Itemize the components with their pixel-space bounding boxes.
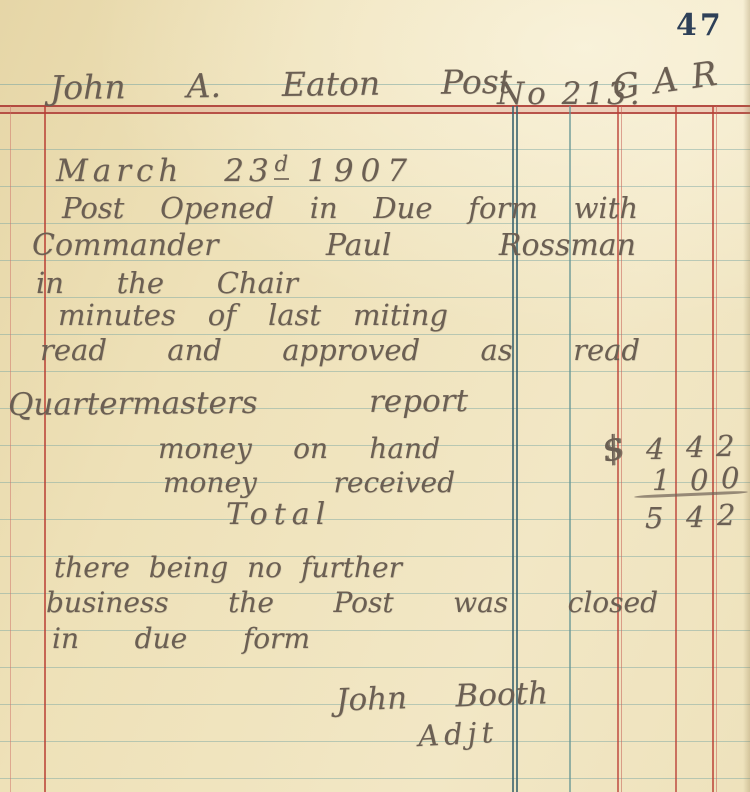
header-org-initials: GAR xyxy=(610,52,734,108)
amount-digit: 2 xyxy=(716,429,734,463)
minutes-line: minutes of last miting xyxy=(58,298,448,332)
minutes-line: Commander Paul Rossman xyxy=(32,228,636,263)
page-number: 47 xyxy=(676,8,724,43)
signature-name: John Booth xyxy=(335,675,548,719)
amount-digit: 4 xyxy=(646,432,664,466)
left-margin-line-inner xyxy=(44,106,46,792)
quartermaster-heading: Quartermasters report xyxy=(8,383,468,424)
amount-digit: 0 xyxy=(721,461,739,495)
amount-digit: 4 xyxy=(686,430,704,464)
entry-date-ordinal: d xyxy=(274,152,289,180)
amount-digit: 1 xyxy=(652,463,670,497)
amount-digit: 5 xyxy=(645,501,663,535)
ledger-page: 47 John A. Eaton Post No 213. GAR March … xyxy=(0,0,750,792)
minutes-line: read and approved as read xyxy=(40,333,640,367)
closing-line: there being no further xyxy=(54,551,402,584)
entry-date: March 23d1907 xyxy=(56,153,414,190)
entry-date-year: 1907 xyxy=(307,153,414,189)
minutes-line: in the Chair xyxy=(36,266,298,300)
left-margin-line-outer xyxy=(10,106,11,792)
qm-row-label: money received xyxy=(163,466,455,499)
closing-line: business the Post was closed xyxy=(46,586,658,619)
right-column-line-a xyxy=(712,106,714,792)
minutes-line: Post Opened in Due form with xyxy=(62,191,638,225)
amount-digit: 4 xyxy=(686,500,704,534)
qm-row-label: money on hand xyxy=(158,432,440,465)
cents-column-line xyxy=(675,106,677,792)
page-edge-shadow xyxy=(743,0,750,792)
closing-line: in due form xyxy=(52,622,310,655)
amount-digit: 2 xyxy=(717,498,735,532)
qm-row-label: Total xyxy=(226,497,331,532)
signature-title: Adjt xyxy=(417,715,499,753)
header-title: John A. Eaton Post xyxy=(50,63,512,108)
entry-date-prefix: March 23 xyxy=(56,153,274,189)
